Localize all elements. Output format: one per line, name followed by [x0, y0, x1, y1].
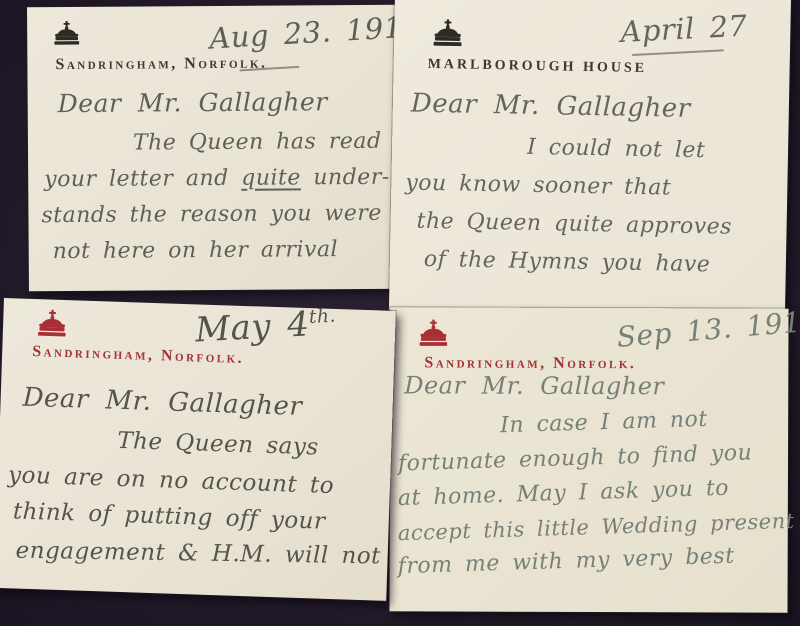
handwritten-date: Aug 23. 1916 [208, 9, 422, 56]
letterhead-sandringham: Sandringham, Norfolk. [55, 55, 267, 74]
letter-card-sandringham-may: Sandringham, Norfolk. May 4th. Dear Mr. … [0, 298, 396, 601]
salutation: Dear Mr. Gallagher [22, 383, 303, 422]
body-line: In case I am not [500, 407, 708, 439]
body-line: of the Hymns you have [424, 247, 711, 277]
handwritten-date: Sep 13. 1916 [615, 304, 800, 354]
crown-icon [418, 319, 448, 346]
crown-icon [53, 21, 80, 45]
body-line: engagement & H.M. will not [15, 538, 381, 570]
body-line: The Queen has read [133, 129, 382, 156]
letter-card-sandringham-sep: Sandringham, Norfolk. Sep 13. 1916 Dear … [389, 307, 788, 612]
body-line: I could not let [527, 135, 706, 163]
body-line: your letter and quite under- [44, 165, 390, 192]
body-line: The Queen says [117, 428, 319, 461]
date-main: May 4 [194, 304, 310, 350]
body-text: under- [301, 165, 390, 191]
handwritten-date: April 27 [620, 9, 749, 49]
body-line: you are on no account to [8, 462, 335, 499]
salutation: Dear Mr. Gallagher [404, 371, 664, 400]
salutation: Dear Mr. Gallagher [58, 87, 328, 118]
letterhead-sandringham: Sandringham, Norfolk. [424, 354, 636, 373]
letterhead-marlborough: MARLBOROUGH HOUSE [427, 57, 647, 77]
crown-icon [432, 19, 464, 47]
date-underline [632, 49, 724, 56]
photo-backdrop: Sandringham, Norfolk. Aug 23. 1916 Dear … [0, 0, 800, 626]
body-line: accept this little Wedding present [397, 509, 794, 545]
body-line: stands the reason you were [41, 201, 382, 228]
letter-card-sandringham-aug: Sandringham, Norfolk. Aug 23. 1916 Dear … [27, 5, 399, 292]
date-ordinal: th. [308, 306, 336, 328]
crown-icon [37, 309, 68, 337]
body-line: from me with my very best [397, 544, 735, 580]
underlined-word: quite [241, 165, 301, 190]
body-line: fortunate enough to find you [398, 440, 753, 476]
body-line: not here on her arrival [53, 237, 339, 264]
body-text: your letter and [44, 166, 241, 192]
salutation: Dear Mr. Gallagher [411, 89, 691, 124]
body-line: think of putting off your [12, 498, 325, 534]
body-line: at home. May I ask you to [398, 476, 730, 511]
handwritten-date: May 4th. [194, 303, 337, 351]
letter-card-marlborough: MARLBOROUGH HOUSE April 27 Dear Mr. Gall… [389, 0, 791, 318]
body-line: the Queen quite approves [416, 209, 732, 240]
body-line: you know sooner that [405, 170, 671, 200]
